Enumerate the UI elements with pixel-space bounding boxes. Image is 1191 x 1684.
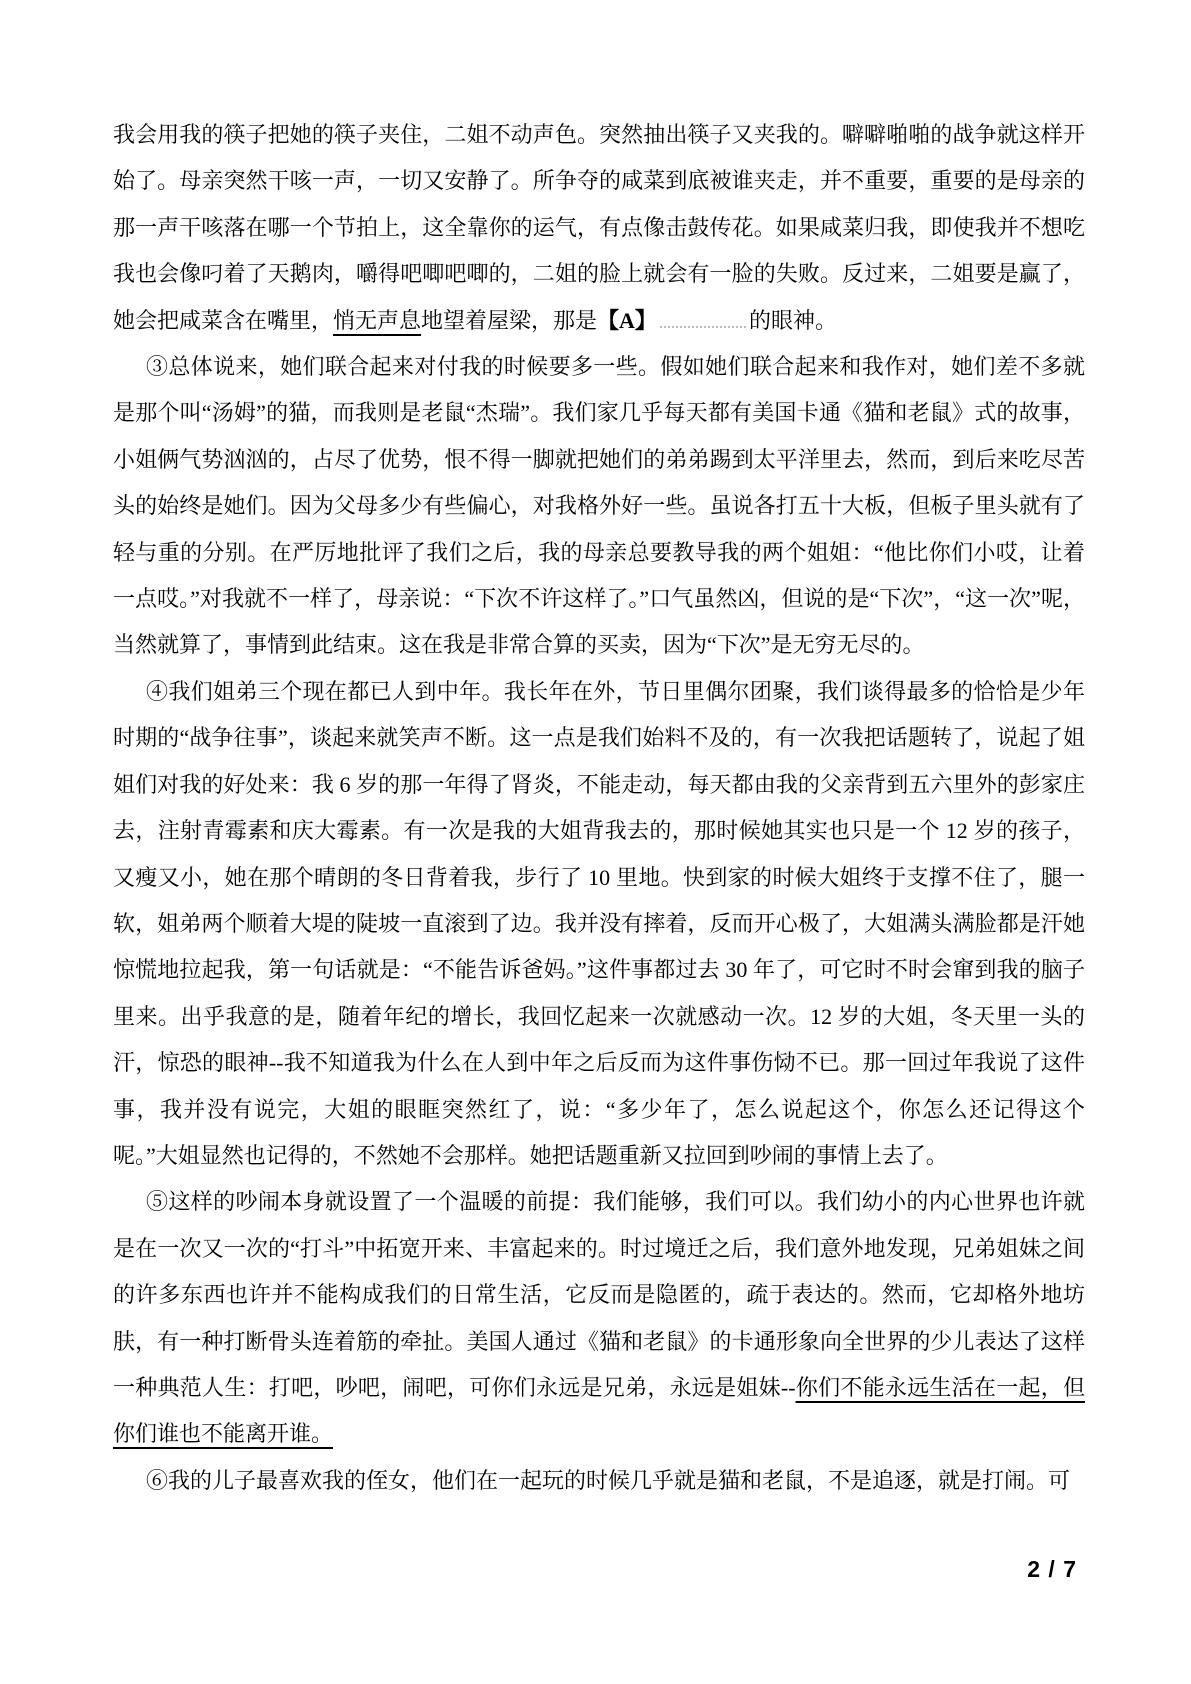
paragraph-3: ③总体说来，她们联合起来对付我的时候要多一些。假如她们联合起来和我作对，她们差不… bbox=[113, 344, 1085, 669]
text-segment: ④我们姐弟三个现在都已人到中年。我长年在外，节日里偶尔团聚，我们谈得最多的恰恰是… bbox=[113, 679, 1085, 1168]
text-segment-bold: 【A】 bbox=[597, 308, 657, 333]
paragraph-6: ⑥我的儿子最喜欢我的侄女，他们在一起玩的时候几乎就是猫和老鼠，不是追逐，就是打闹… bbox=[113, 1458, 1085, 1504]
text-segment: ⑤这样的吵闹本身就设置了一个温暖的前提：我们能够，我们可以。我们幼小的内心世界也… bbox=[113, 1189, 1085, 1400]
paragraph-4: ④我们姐弟三个现在都已人到中年。我长年在外，节日里偶尔团聚，我们谈得最多的恰恰是… bbox=[113, 669, 1085, 1179]
page-number: 2 / 7 bbox=[1027, 1556, 1077, 1583]
text-segment: 地望着屋梁，那是 bbox=[421, 308, 597, 333]
text-segment: ③总体说来，她们联合起来对付我的时候要多一些。假如她们联合起来和我作对，她们差不… bbox=[113, 354, 1085, 657]
document-body: 我会用我的筷子把她的筷子夹住，二姐不动声色。突然抽出筷子又夹我的。噼噼啪啪的战争… bbox=[113, 112, 1085, 1504]
paragraph-5: ⑤这样的吵闹本身就设置了一个温暖的前提：我们能够，我们可以。我们幼小的内心世界也… bbox=[113, 1179, 1085, 1457]
text-segment: 的眼神。 bbox=[749, 308, 837, 333]
text-segment: ⑥我的儿子最喜欢我的侄女，他们在一起玩的时候几乎就是猫和老鼠，不是追逐，就是打闹… bbox=[146, 1468, 1070, 1493]
text-segment-underline: 悄无声息 bbox=[333, 308, 421, 333]
paragraph-2-continuation: 我会用我的筷子把她的筷子夹住，二姐不动声色。突然抽出筷子又夹我的。噼噼啪啪的战争… bbox=[113, 112, 1085, 344]
text-segment: 我会用我的筷子把她的筷子夹住，二姐不动声色。突然抽出筷子又夹我的。噼噼啪啪的战争… bbox=[113, 122, 1085, 333]
answer-blank bbox=[660, 308, 746, 328]
